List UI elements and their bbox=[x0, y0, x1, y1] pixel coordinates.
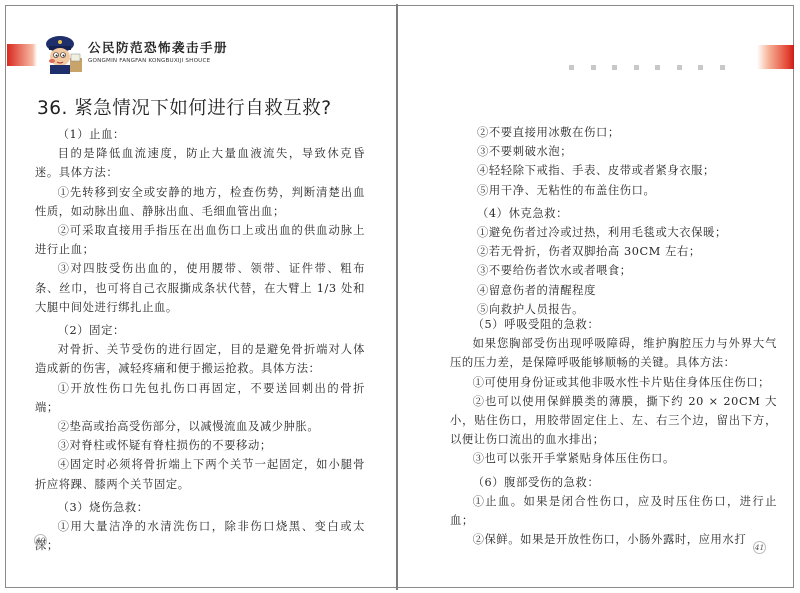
section-heading: （4）休克急救： bbox=[477, 204, 777, 223]
paragraph: ①止血。如果是闭合性伤口，应及时压住伤口，进行止血； bbox=[450, 492, 777, 530]
paragraph: ③对脊柱或怀疑有脊柱损伤的不要移动； bbox=[35, 436, 365, 455]
page-number: 40 bbox=[34, 534, 47, 547]
paragraph: 目的是降低血流速度，防止大量血液流失，导致休克昏迷。具体方法： bbox=[35, 144, 365, 182]
section-heading: （2）固定： bbox=[35, 321, 365, 340]
left-page-body: （1）止血： 目的是降低血流速度，防止大量血液流失，导致休克昏迷。具体方法： ①… bbox=[35, 125, 365, 555]
paragraph: ③对四肢受伤出血的，使用腰带、领带、证件带、粗布条、丝巾，也可将自己衣服撕成条状… bbox=[35, 259, 365, 317]
header-dot-row bbox=[569, 65, 725, 70]
header-dot bbox=[612, 65, 617, 70]
list-item: ⑤用干净、无粘性的布盖住伤口。 bbox=[477, 181, 777, 200]
paragraph: ①用大量洁净的水清洗伤口，除非伤口烧黑、变白或太深； bbox=[35, 517, 365, 555]
header-accent-bar bbox=[7, 44, 37, 66]
header-accent-bar bbox=[757, 45, 794, 69]
section-heading: （5）呼吸受阻的急救： bbox=[450, 315, 777, 334]
section-heading: （3）烧伤急救： bbox=[35, 498, 365, 517]
list-item: ④留意伤者的清醒程度 bbox=[477, 281, 777, 300]
right-page: ②不要直接用冰敷在伤口； ③不要刺破水泡； ④轻轻除下戒指、手表、皮带或者紧身衣… bbox=[399, 6, 795, 587]
chapter-title: 36. 紧急情况下如何进行自救互救? bbox=[37, 94, 332, 120]
header-dot bbox=[655, 65, 660, 70]
book-title: 公民防范恐怖袭击手册 bbox=[88, 38, 228, 56]
list-item: ②不要直接用冰敷在伤口； bbox=[477, 123, 777, 142]
header-dot bbox=[677, 65, 682, 70]
section-heading: （6）腹部受伤的急救： bbox=[450, 473, 777, 492]
paragraph: ①开放性伤口先包扎伤口再固定，不要送回刺出的骨折端； bbox=[35, 379, 365, 417]
list-item: ④轻轻除下戒指、手表、皮带或者紧身衣服； bbox=[477, 161, 777, 180]
right-page-body-lower: （5）呼吸受阻的急救： 如果您胸部受伤出现呼吸障碍，维护胸腔压力与外界大气压的压… bbox=[450, 315, 777, 549]
book-spread: 公民防范恐怖袭击手册 GONGMIN FANGFAN KONGBUXIJI SH… bbox=[5, 5, 794, 588]
paragraph: ②保鲜。如果是开放性伤口，小肠外露时，应用水打 bbox=[450, 530, 777, 549]
paragraph: ①可使用身份证或其他非吸水性卡片贴住身体压住伤口； bbox=[450, 373, 777, 392]
header-dot bbox=[569, 65, 574, 70]
paragraph: 如果您胸部受伤出现呼吸障碍，维护胸腔压力与外界大气压的压力差，是保障呼吸能够顺畅… bbox=[450, 334, 777, 372]
paragraph: ②垫高或抬高受伤部分，以减慢流血及减少肿胀。 bbox=[35, 417, 365, 436]
book-spine bbox=[396, 4, 398, 590]
paragraph: 对骨折、关节受伤的进行固定，目的是避免骨折端对人体造成新的伤害，减轻疼痛和便于搬… bbox=[35, 340, 365, 378]
paragraph: ③也可以张开手掌紧贴身体压住伤口。 bbox=[450, 449, 777, 468]
list-item: ③不要刺破水泡； bbox=[477, 142, 777, 161]
paragraph: ②可采取直接用手指压在出血伤口上或出血的供血动脉上进行止血； bbox=[35, 221, 365, 259]
header-dot bbox=[720, 65, 725, 70]
list-item: ②若无骨折，伤者双脚抬高 30CM 左右； bbox=[477, 242, 777, 261]
paragraph: ④固定时必须将骨折端上下两个关节一起固定，如小腿骨折应将踝、膝两个关节固定。 bbox=[35, 455, 365, 493]
police-mascot-icon bbox=[44, 32, 84, 74]
book-title-pinyin: GONGMIN FANGFAN KONGBUXIJI SHOUCE bbox=[88, 58, 210, 64]
header-dot bbox=[591, 65, 596, 70]
paragraph: ①先转移到安全或安静的地方，检查伤势，判断清楚出血性质，如动脉出血、静脉出血、毛… bbox=[35, 183, 365, 221]
page-number: 41 bbox=[753, 541, 766, 554]
list-item: ①避免伤者过冷或过热，利用毛毯或大衣保暖； bbox=[477, 223, 777, 242]
header-dot bbox=[698, 65, 703, 70]
section-heading: （1）止血： bbox=[35, 125, 365, 144]
list-item: ③不要给伤者饮水或者喂食； bbox=[477, 261, 777, 280]
paragraph: ②也可以使用保鲜膜类的薄膜，撕下约 20 × 20CM 大小，贴住伤口，用胶带固… bbox=[450, 392, 777, 450]
right-page-body: ②不要直接用冰敷在伤口； ③不要刺破水泡； ④轻轻除下戒指、手表、皮带或者紧身衣… bbox=[477, 123, 777, 319]
header-dot bbox=[634, 65, 639, 70]
left-page: 公民防范恐怖袭击手册 GONGMIN FANGFAN KONGBUXIJI SH… bbox=[6, 6, 397, 587]
